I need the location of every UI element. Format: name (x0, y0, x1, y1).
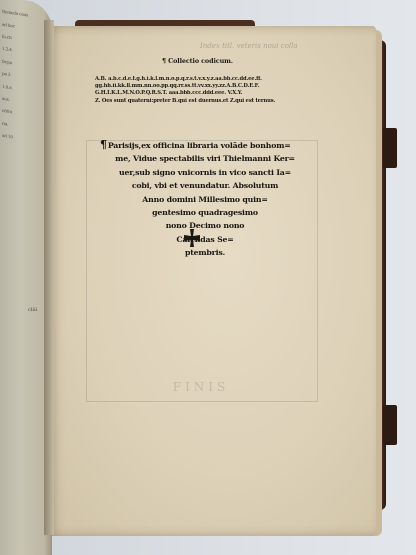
left-line: pa 3 (2, 71, 48, 84)
clasp-lower (383, 405, 397, 445)
left-line: ad hoc (2, 21, 48, 34)
pilcrow-icon: ¶ (162, 57, 166, 65)
gutter (44, 20, 54, 535)
left-line: ria. (2, 121, 48, 134)
register-line: gg.hh.ii.kk.ll.mm.nn.oo.pp.qq.rr.ss.tt.v… (95, 83, 309, 90)
register-line: G.H.I.K.L.M.N.O.P.Q.R.S.T. aaa.bbb.ccc.d… (95, 90, 309, 97)
left-line: Remeda caus (2, 9, 48, 22)
register-title-text: Collectio codicum. (168, 57, 233, 65)
left-page-column: Remeda caus ad hoc fo.cti 1.2.4 frcpo pa… (2, 3, 48, 152)
register-of-signatures: A.B. a.b.c.d.e.f.g.h.i.k.l.m.n.o.p.q.r.s… (95, 76, 309, 105)
left-line: 1.0.a (2, 83, 48, 96)
left-line: cõtra (2, 108, 48, 121)
pilcrow-icon: ¶ (100, 138, 107, 151)
colophon-line-text: Parisijs,ex officina libraria volãde bon… (108, 141, 291, 150)
left-line: frcpo (2, 59, 48, 72)
left-line: auc. (2, 96, 48, 109)
left-line: 1.2.4 (2, 46, 48, 59)
show-through-title: Index titl. veteris noui colla (200, 42, 298, 50)
left-line: ad 10 (2, 133, 48, 146)
colophon-line: me, Vidue spectabilis viri Thielmanni Ke… (98, 152, 312, 165)
show-through-bottom: FINIS (92, 380, 310, 394)
left-line: fo.cti (2, 34, 48, 47)
colophon-line: Calendas Se= (98, 233, 312, 246)
clasp-upper (383, 128, 397, 168)
folio-number: cliii (28, 307, 37, 313)
colophon-line: gentesimo quadragesimo (98, 206, 312, 219)
colophon-line: cobi, vbi et venundatur. Absolutum (98, 179, 312, 192)
register-line: Z. Oes sunt quaterni:preter B.qui est du… (95, 98, 309, 105)
colophon: ¶Parisijs,ex officina libraria volãde bo… (98, 138, 312, 260)
colophon-line: Anno domini Millesimo quin= (98, 193, 312, 206)
register-title: ¶ Collectio codicum. (162, 57, 233, 65)
colophon-line: ¶Parisijs,ex officina libraria volãde bo… (98, 138, 312, 152)
cross-pattee-icon (182, 228, 202, 248)
colophon-line: uer,sub signo vnicornis in vico sancti I… (98, 166, 312, 179)
colophon-line: ptembris. (98, 246, 312, 259)
colophon-line: nono Decimo nono (98, 219, 312, 232)
register-line: A.B. a.b.c.d.e.f.g.h.i.k.l.m.n.o.p.q.r.s… (95, 76, 309, 83)
